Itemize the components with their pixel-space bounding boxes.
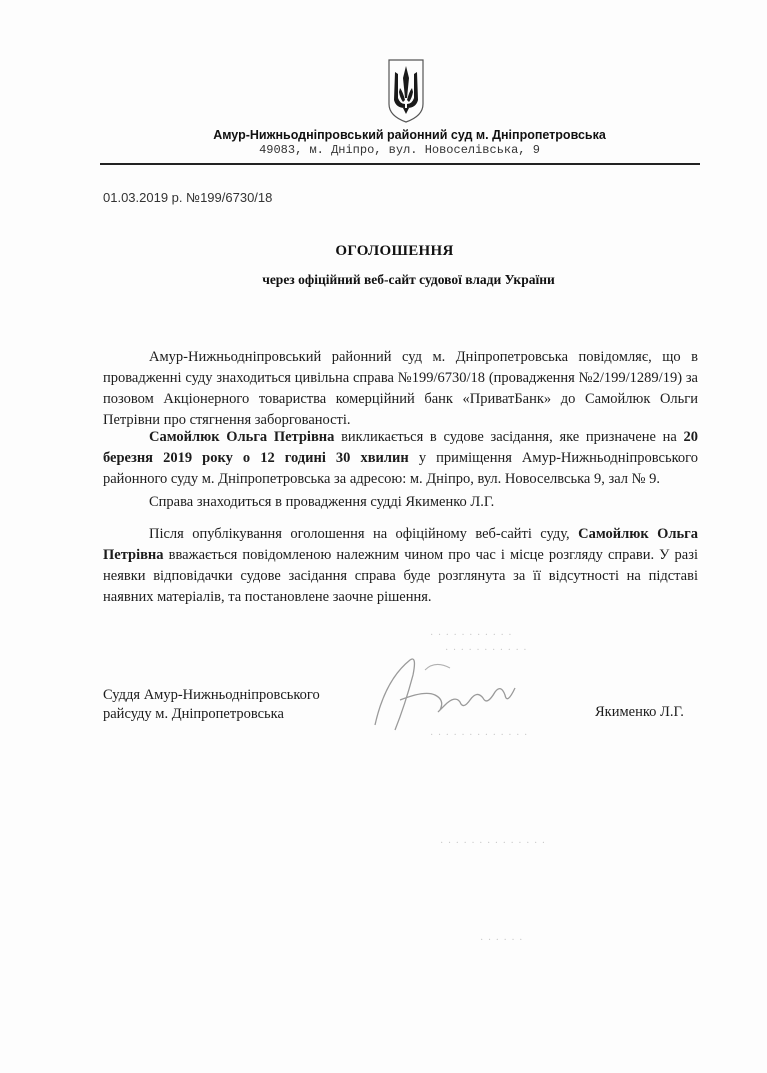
header-divider: [100, 163, 700, 165]
judge-title-block: Суддя Амур-Нижньодніпровського райсуду м…: [103, 686, 320, 724]
paragraph-text: Після опублікування оголошення на офіцій…: [103, 524, 698, 608]
faint-stamp-text: · · · · · · · · · · ·: [445, 645, 528, 656]
paragraph-summons: Самойлюк Ольга Петрівна викликається в с…: [103, 427, 698, 490]
paragraph-judge: Справа знаходиться в провадження судді Я…: [103, 492, 698, 513]
document-subtitle: через офіційний веб-сайт судової влади У…: [0, 272, 767, 288]
document-page: Амур-Нижньодніпровський районний суд м. …: [0, 0, 767, 1073]
text-fragment: викликається в судове засідання, яке при…: [334, 429, 683, 445]
text-fragment: Після опублікування оголошення на офіцій…: [149, 526, 578, 542]
paragraph-text: Справа знаходиться в провадження судді Я…: [103, 492, 698, 513]
judge-title-line1: Суддя Амур-Нижньодніпровського: [103, 686, 320, 705]
paragraph-text: Амур-Нижньодніпровський районний суд м. …: [103, 347, 698, 431]
court-name: Амур-Нижньодніпровський районний суд м. …: [0, 128, 767, 142]
judge-title-line2: райсуду м. Дніпропетровська: [103, 705, 320, 724]
paragraph-notice: Після опублікування оголошення на офіцій…: [103, 524, 698, 608]
court-address: 49083, м. Дніпро, вул. Новоселівська, 9: [0, 143, 767, 157]
date-reference: 01.03.2019 р. №199/6730/18: [103, 190, 272, 205]
text-fragment: вважається повідомленою належним чином п…: [103, 547, 698, 605]
ukraine-trident-icon: [386, 58, 426, 124]
faint-stamp-text: · · · · · ·: [480, 935, 523, 946]
signer-name: Якименко Л.Г.: [595, 704, 684, 721]
document-title: ОГОЛОШЕННЯ: [0, 243, 767, 260]
faint-stamp-text: · · · · · · · · · · · · ·: [430, 730, 528, 741]
faint-stamp-text: · · · · · · · · · · ·: [430, 630, 513, 641]
paragraph-text: Самойлюк Ольга Петрівна викликається в с…: [103, 427, 698, 490]
paragraph-case-info: Амур-Нижньодніпровський районний суд м. …: [103, 347, 698, 431]
faint-stamp-text: · · · · · · · · · · · · · ·: [440, 838, 546, 849]
defendant-name: Самойлюк Ольга Петрівна: [149, 429, 334, 445]
